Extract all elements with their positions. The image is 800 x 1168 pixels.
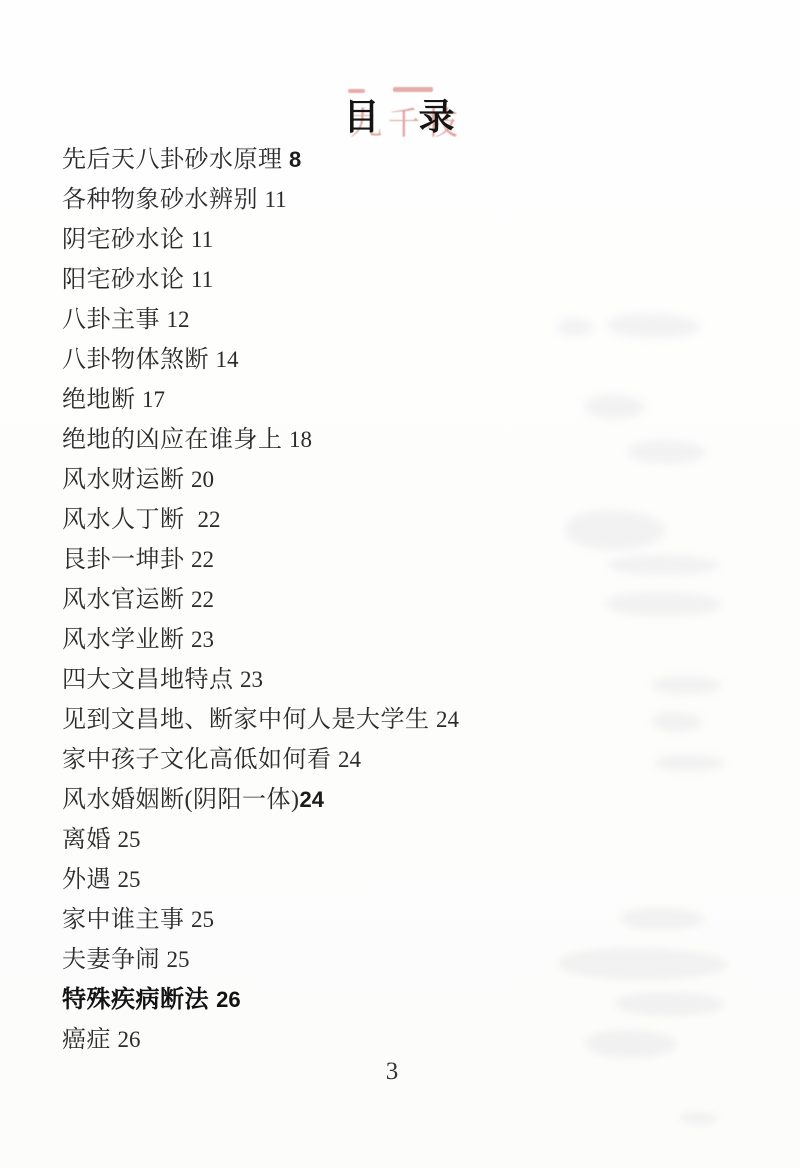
bleed-through-artifact [558,318,592,336]
toc-item-label: 家中谁主事 [62,907,191,933]
page-number: 3 [0,1058,784,1086]
toc-item-label: 先后天八卦砂水原理 [62,147,289,173]
bleed-through-artifact [620,908,704,930]
toc-item-page-number: 8 [289,147,301,172]
toc-item-page-number: 22 [191,547,214,572]
toc-item-label: 八卦主事 [62,307,167,333]
toc-item-label: 风水财运断 [62,467,191,493]
toc-item-page-number: 26 [118,1027,141,1052]
scanned-document-page: 九千枝 目 录 先后天八卦砂水原理 8各种物象砂水辨别 11阴宅砂水论 11阳宅… [0,0,800,1168]
toc-item: 阴宅砂水论 11 [62,220,622,260]
bleed-through-artifact [608,555,720,575]
toc-item: 先后天八卦砂水原理 8 [62,140,622,180]
toc-item-label: 风水官运断 [62,587,191,613]
bleed-through-artifact [608,314,700,338]
title-block: 九千枝 目 录 [0,96,800,146]
toc-item: 癌症 26 [62,1020,622,1060]
toc-item: 绝地断 17 [62,380,622,420]
toc-item: 外遇 25 [62,860,622,900]
toc-list: 先后天八卦砂水原理 8各种物象砂水辨别 11阴宅砂水论 11阳宅砂水论 11八卦… [62,140,622,1060]
toc-item: 风水人丁断 22 [62,500,622,540]
toc-item: 风水学业断 23 [62,620,622,660]
bleed-through-artifact [605,592,723,616]
toc-item: 绝地的凶应在谁身上 18 [62,420,622,460]
toc-item: 八卦主事 12 [62,300,622,340]
toc-item-page-number: 20 [191,467,214,492]
toc-item-page-number: 23 [191,627,214,652]
toc-item-page-number: 22 [191,587,214,612]
toc-item: 特殊疾病断法 26 [62,980,622,1020]
bleed-through-artifact [585,395,645,419]
toc-item-page-number: 14 [216,347,239,372]
toc-item-label: 绝地断 [62,387,142,413]
toc-item: 家中孩子文化高低如何看 24 [62,740,622,780]
toc-item-label: 艮卦一坤卦 [62,547,191,573]
toc-item: 离婚 25 [62,820,622,860]
page-title: 目 录 [0,96,800,138]
toc-item-page-number: 11 [191,267,213,292]
toc-item-page-number: 24 [338,747,361,772]
toc-item-page-number: 11 [265,187,287,212]
toc-item-label: 离婚 [62,827,118,853]
toc-item-page-number: 24 [299,787,323,812]
toc-item-label: 见到文昌地、断家中何人是大学生 [62,707,436,733]
toc-item-page-number: 25 [118,827,141,852]
toc-item-label: 特殊疾病断法 [62,986,216,1013]
toc-item-label: 四大文昌地特点 [62,667,240,693]
toc-item-label: 家中孩子文化高低如何看 [62,747,338,773]
toc-item-label: 风水婚姻断(阴阳一体) [62,787,299,813]
toc-item-label: 八卦物体煞断 [62,347,216,373]
toc-item: 夫妻争闹 25 [62,940,622,980]
toc-item-page-number: 25 [191,907,214,932]
toc-item-page-number: 18 [289,427,312,452]
bleed-through-artifact [680,1112,718,1124]
toc-item-page-number: 23 [240,667,263,692]
toc-item-label: 外遇 [62,867,118,893]
toc-item-page-number: 22 [198,507,221,532]
red-ink-artifact [348,89,365,93]
toc-item: 八卦物体煞断 14 [62,340,622,380]
bleed-through-artifact [565,510,665,550]
toc-item: 艮卦一坤卦 22 [62,540,622,580]
toc-item-page-number: 12 [167,307,190,332]
red-ink-artifact [393,87,433,92]
bleed-through-artifact [628,440,706,464]
toc-item-label: 绝地的凶应在谁身上 [62,427,289,453]
toc-item-page-number: 26 [216,987,240,1012]
toc-item: 风水婚姻断(阴阳一体)24 [62,780,622,820]
toc-item-label: 夫妻争闹 [62,947,167,973]
toc-item-page-number: 11 [191,227,213,252]
bleed-through-artifact [615,992,725,1016]
toc-item-label: 风水学业断 [62,627,191,653]
toc-item-page-number: 24 [436,707,459,732]
bleed-through-artifact [652,712,702,732]
toc-item-label: 各种物象砂水辨别 [62,187,265,213]
toc-item: 阳宅砂水论 11 [62,260,622,300]
toc-item-label: 风水人丁断 [62,507,198,533]
bleed-through-artifact [558,948,728,980]
bleed-through-artifact [652,676,722,694]
bleed-through-artifact [655,755,725,771]
toc-item-label: 阴宅砂水论 [62,227,191,253]
toc-item-label: 阳宅砂水论 [62,267,191,293]
toc-item: 各种物象砂水辨别 11 [62,180,622,220]
toc-item: 见到文昌地、断家中何人是大学生 24 [62,700,622,740]
toc-item-label: 癌症 [62,1027,118,1053]
toc-item: 风水官运断 22 [62,580,622,620]
toc-item: 四大文昌地特点 23 [62,660,622,700]
toc-item-page-number: 25 [118,867,141,892]
toc-item-page-number: 25 [167,947,190,972]
toc-item-page-number: 17 [142,387,165,412]
toc-item: 风水财运断 20 [62,460,622,500]
bleed-through-artifact [585,1030,677,1058]
toc-item: 家中谁主事 25 [62,900,622,940]
